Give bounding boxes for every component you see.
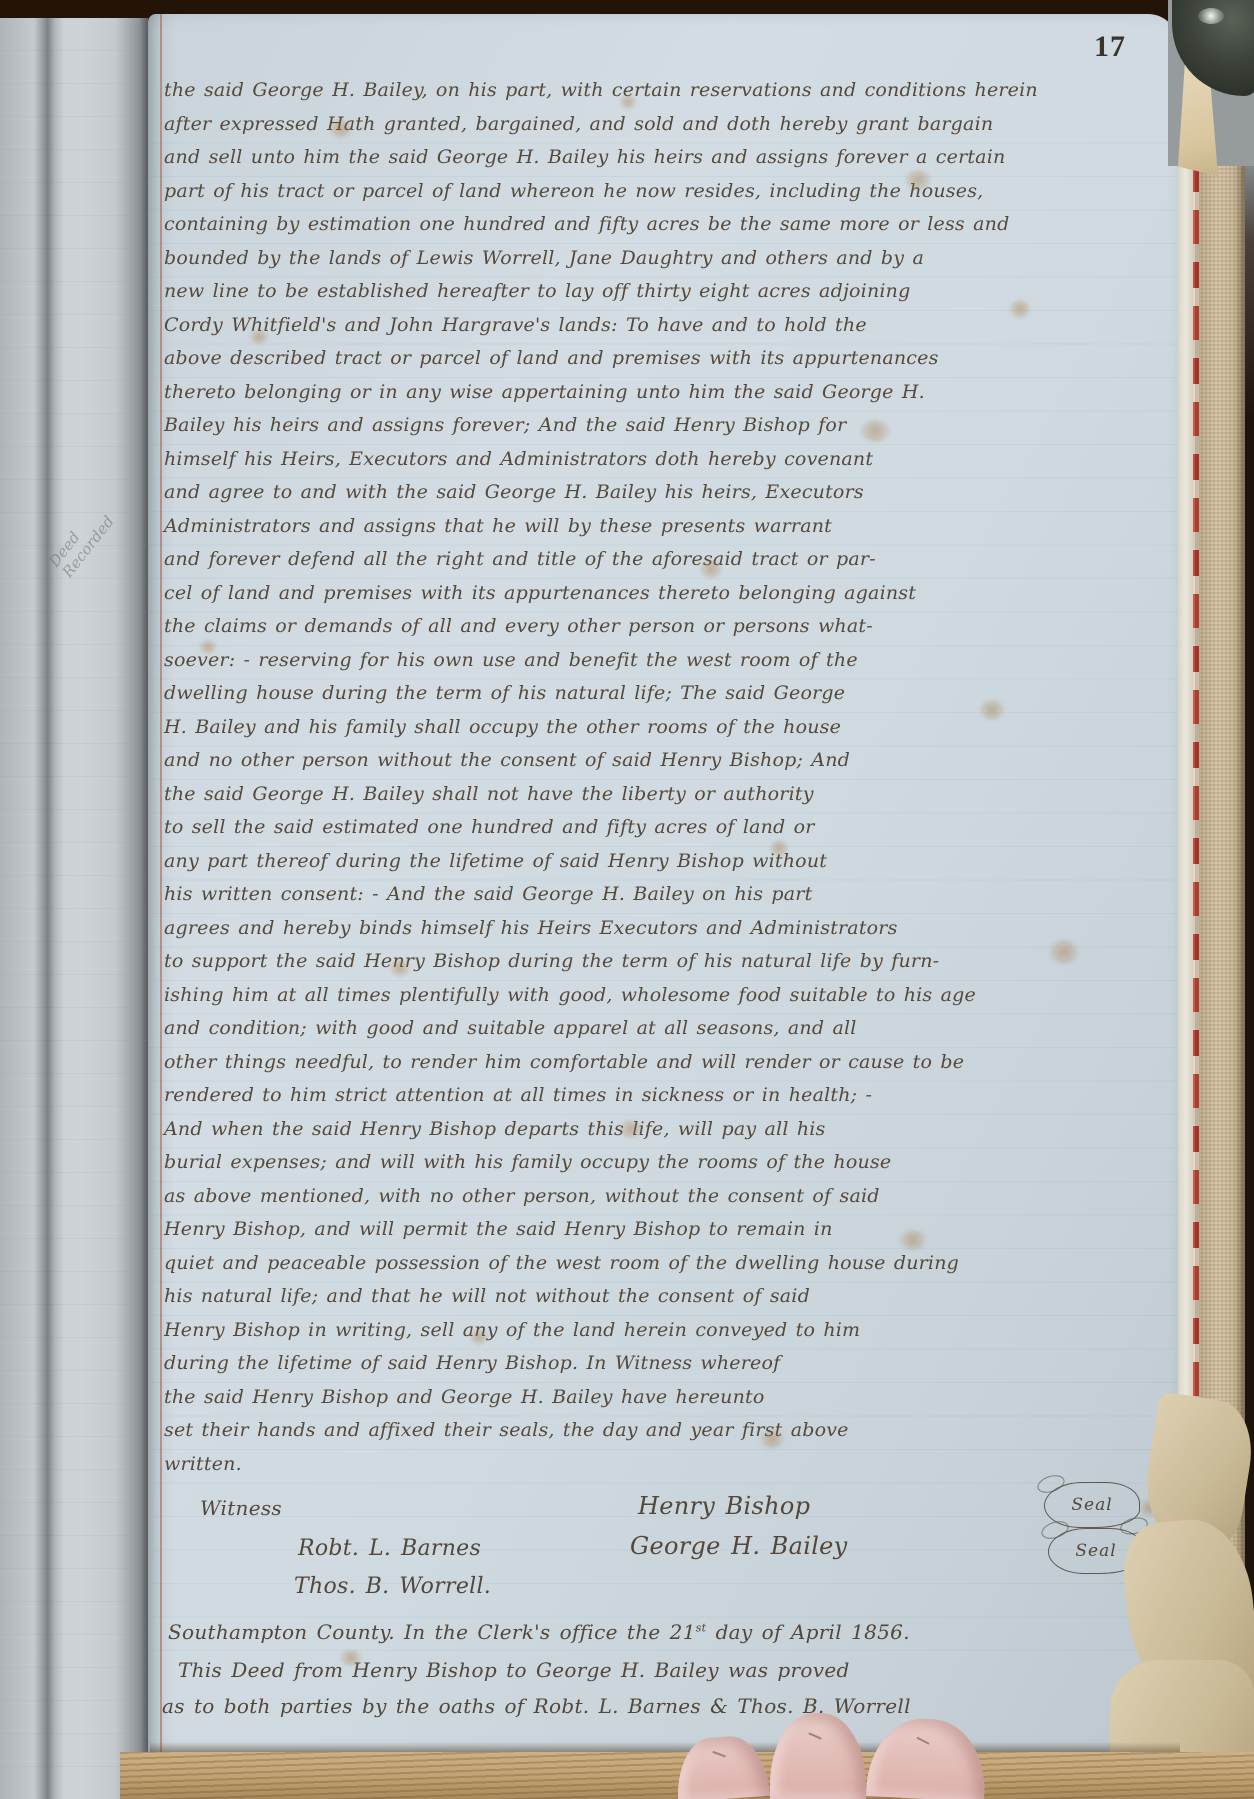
- handwritten-line: during the lifetime of said Henry Bishop…: [164, 1347, 1164, 1381]
- handwritten-line: written.: [164, 1448, 1164, 1482]
- certification-line: as to both parties by the oaths of Robt.…: [162, 1694, 911, 1718]
- witness-label: Witness: [200, 1496, 282, 1520]
- handwritten-line: Bailey his heirs and assigns forever; An…: [164, 409, 1164, 443]
- handwritten-line: bounded by the lands of Lewis Worrell, J…: [164, 242, 1164, 276]
- witness-signature: Robt. L. Barnes: [298, 1536, 481, 1561]
- finger-smudge: [809, 1733, 823, 1741]
- deed-page: 17 the said George H. Bailey, on his par…: [148, 14, 1178, 1760]
- handwritten-line: the said George H. Bailey, on his part, …: [164, 74, 1164, 108]
- handwritten-line: the said George H. Bailey shall not have…: [164, 778, 1164, 812]
- stain-spot: [200, 640, 216, 654]
- handwritten-line: as above mentioned, with no other person…: [164, 1180, 1164, 1214]
- stain-spot: [390, 960, 410, 976]
- stain-spot: [980, 700, 1004, 720]
- handwritten-line: to support the said Henry Bishop during …: [164, 945, 1164, 979]
- party-signature: Henry Bishop: [638, 1492, 810, 1520]
- stain-spot: [1050, 940, 1078, 964]
- stain-spot: [620, 1120, 642, 1138]
- clamp-highlight: [1198, 8, 1224, 24]
- stain-spot: [905, 170, 931, 190]
- handwritten-line: above described tract or parcel of land …: [164, 342, 1164, 376]
- handwritten-line: And when the said Henry Bishop departs t…: [164, 1113, 1164, 1147]
- handwritten-line: and no other person without the consent …: [164, 744, 1164, 778]
- stain-spot: [340, 1650, 362, 1666]
- deed-body-text: the said George H. Bailey, on his part, …: [164, 74, 1164, 1481]
- stain-spot: [700, 560, 722, 578]
- stain-spot: [250, 330, 268, 344]
- handwritten-line: to sell the said estimated one hundred a…: [164, 811, 1164, 845]
- stain-spot: [900, 1230, 926, 1250]
- stain-spot: [330, 120, 352, 138]
- handwritten-line: Henry Bishop in writing, sell any of the…: [164, 1314, 1164, 1348]
- page-number: 17: [1094, 30, 1174, 64]
- handwritten-line: set their hands and affixed their seals,…: [164, 1414, 1164, 1448]
- handwritten-line: his natural life; and that he will not w…: [164, 1280, 1164, 1314]
- handwritten-line: rendered to him strict attention at all …: [164, 1079, 1164, 1113]
- stain-spot: [620, 95, 636, 109]
- certification-line: This Deed from Henry Bishop to George H.…: [178, 1658, 850, 1682]
- handwritten-line: Henry Bishop, and will permit the said H…: [164, 1213, 1164, 1247]
- book-gutter-shadow: [34, 18, 64, 1799]
- handwritten-line: cel of land and premises with its appurt…: [164, 577, 1164, 611]
- handwritten-line: and condition; with good and suitable ap…: [164, 1012, 1164, 1046]
- stain-spot: [770, 840, 788, 856]
- handwritten-line: ishing him at all times plentifully with…: [164, 979, 1164, 1013]
- handwritten-line: part of his tract or parcel of land wher…: [164, 175, 1164, 209]
- witness-signature: Thos. B. Worrell.: [294, 1574, 491, 1599]
- handwritten-line: any part thereof during the lifetime of …: [164, 845, 1164, 879]
- handwritten-line: himself his Heirs, Executors and Adminis…: [164, 443, 1164, 477]
- handwritten-line: quiet and peaceable possession of the we…: [164, 1247, 1164, 1281]
- finger-smudge: [916, 1737, 929, 1745]
- certification-text: day of April 1856.: [706, 1620, 909, 1644]
- handwritten-line: thereto belonging or in any wise apperta…: [164, 376, 1164, 410]
- deed-book-photo: 17 the said George H. Bailey, on his par…: [0, 0, 1254, 1799]
- handwritten-line: and agree to and with the said George H.…: [164, 476, 1164, 510]
- handwritten-line: the claims or demands of all and every o…: [164, 610, 1164, 644]
- stain-spot: [1010, 300, 1030, 318]
- handwritten-line: soever: - reserving for his own use and …: [164, 644, 1164, 678]
- handwritten-line: dwelling house during the term of his na…: [164, 677, 1164, 711]
- handwritten-line: his written consent: - And the said Geor…: [164, 878, 1164, 912]
- finger-smudge: [712, 1751, 726, 1758]
- facing-page-edge: [0, 18, 148, 1799]
- handwritten-line: and sell unto him the said George H. Bai…: [164, 141, 1164, 175]
- background-edge: [1245, 0, 1254, 1799]
- stain-spot: [470, 1330, 488, 1344]
- certification-line: Southampton County. In the Clerk's offic…: [168, 1620, 910, 1644]
- party-signature: George H. Bailey: [630, 1532, 848, 1560]
- handwritten-line: burial expenses; and will with his famil…: [164, 1146, 1164, 1180]
- handwritten-line: after expressed Hath granted, bargained,…: [164, 108, 1164, 142]
- handwritten-line: and forever defend all the right and tit…: [164, 543, 1164, 577]
- handwritten-line: agrees and hereby binds himself his Heir…: [164, 912, 1164, 946]
- ordinal-superscript: st: [696, 1621, 707, 1634]
- ruled-lines: [0, 18, 148, 1799]
- certification-text: Southampton County. In the Clerk's offic…: [168, 1620, 696, 1644]
- handwritten-line: other things needful, to render him comf…: [164, 1046, 1164, 1080]
- handwritten-line: Administrators and assigns that he will …: [164, 510, 1164, 544]
- stain-spot: [760, 1430, 784, 1448]
- stain-spot: [860, 420, 890, 442]
- handwritten-line: H. Bailey and his family shall occupy th…: [164, 711, 1164, 745]
- handwritten-line: the said Henry Bishop and George H. Bail…: [164, 1381, 1164, 1415]
- margin-rule-line: [160, 14, 162, 1760]
- handwritten-line: containing by estimation one hundred and…: [164, 208, 1164, 242]
